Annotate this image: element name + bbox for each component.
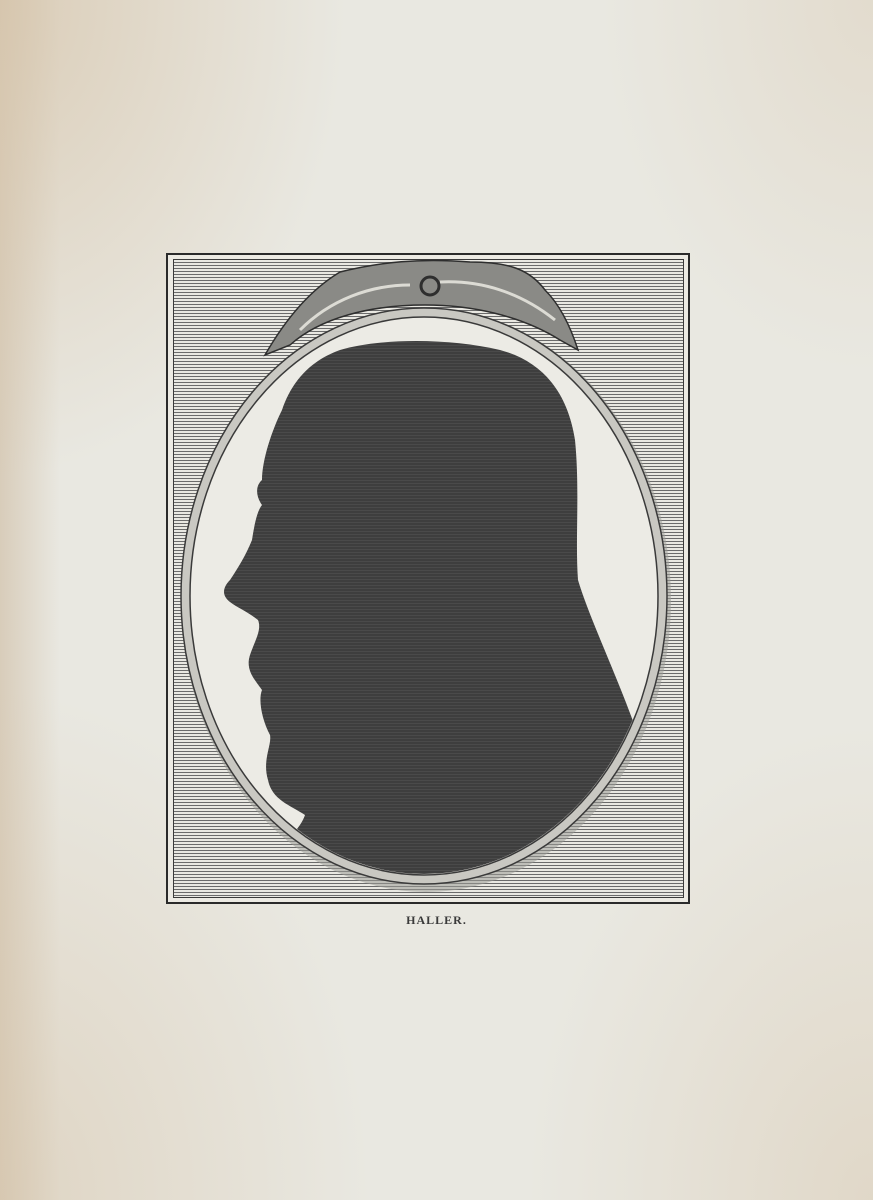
plate-caption: HALLER.: [0, 913, 873, 928]
medallion-artwork: [0, 0, 873, 1200]
